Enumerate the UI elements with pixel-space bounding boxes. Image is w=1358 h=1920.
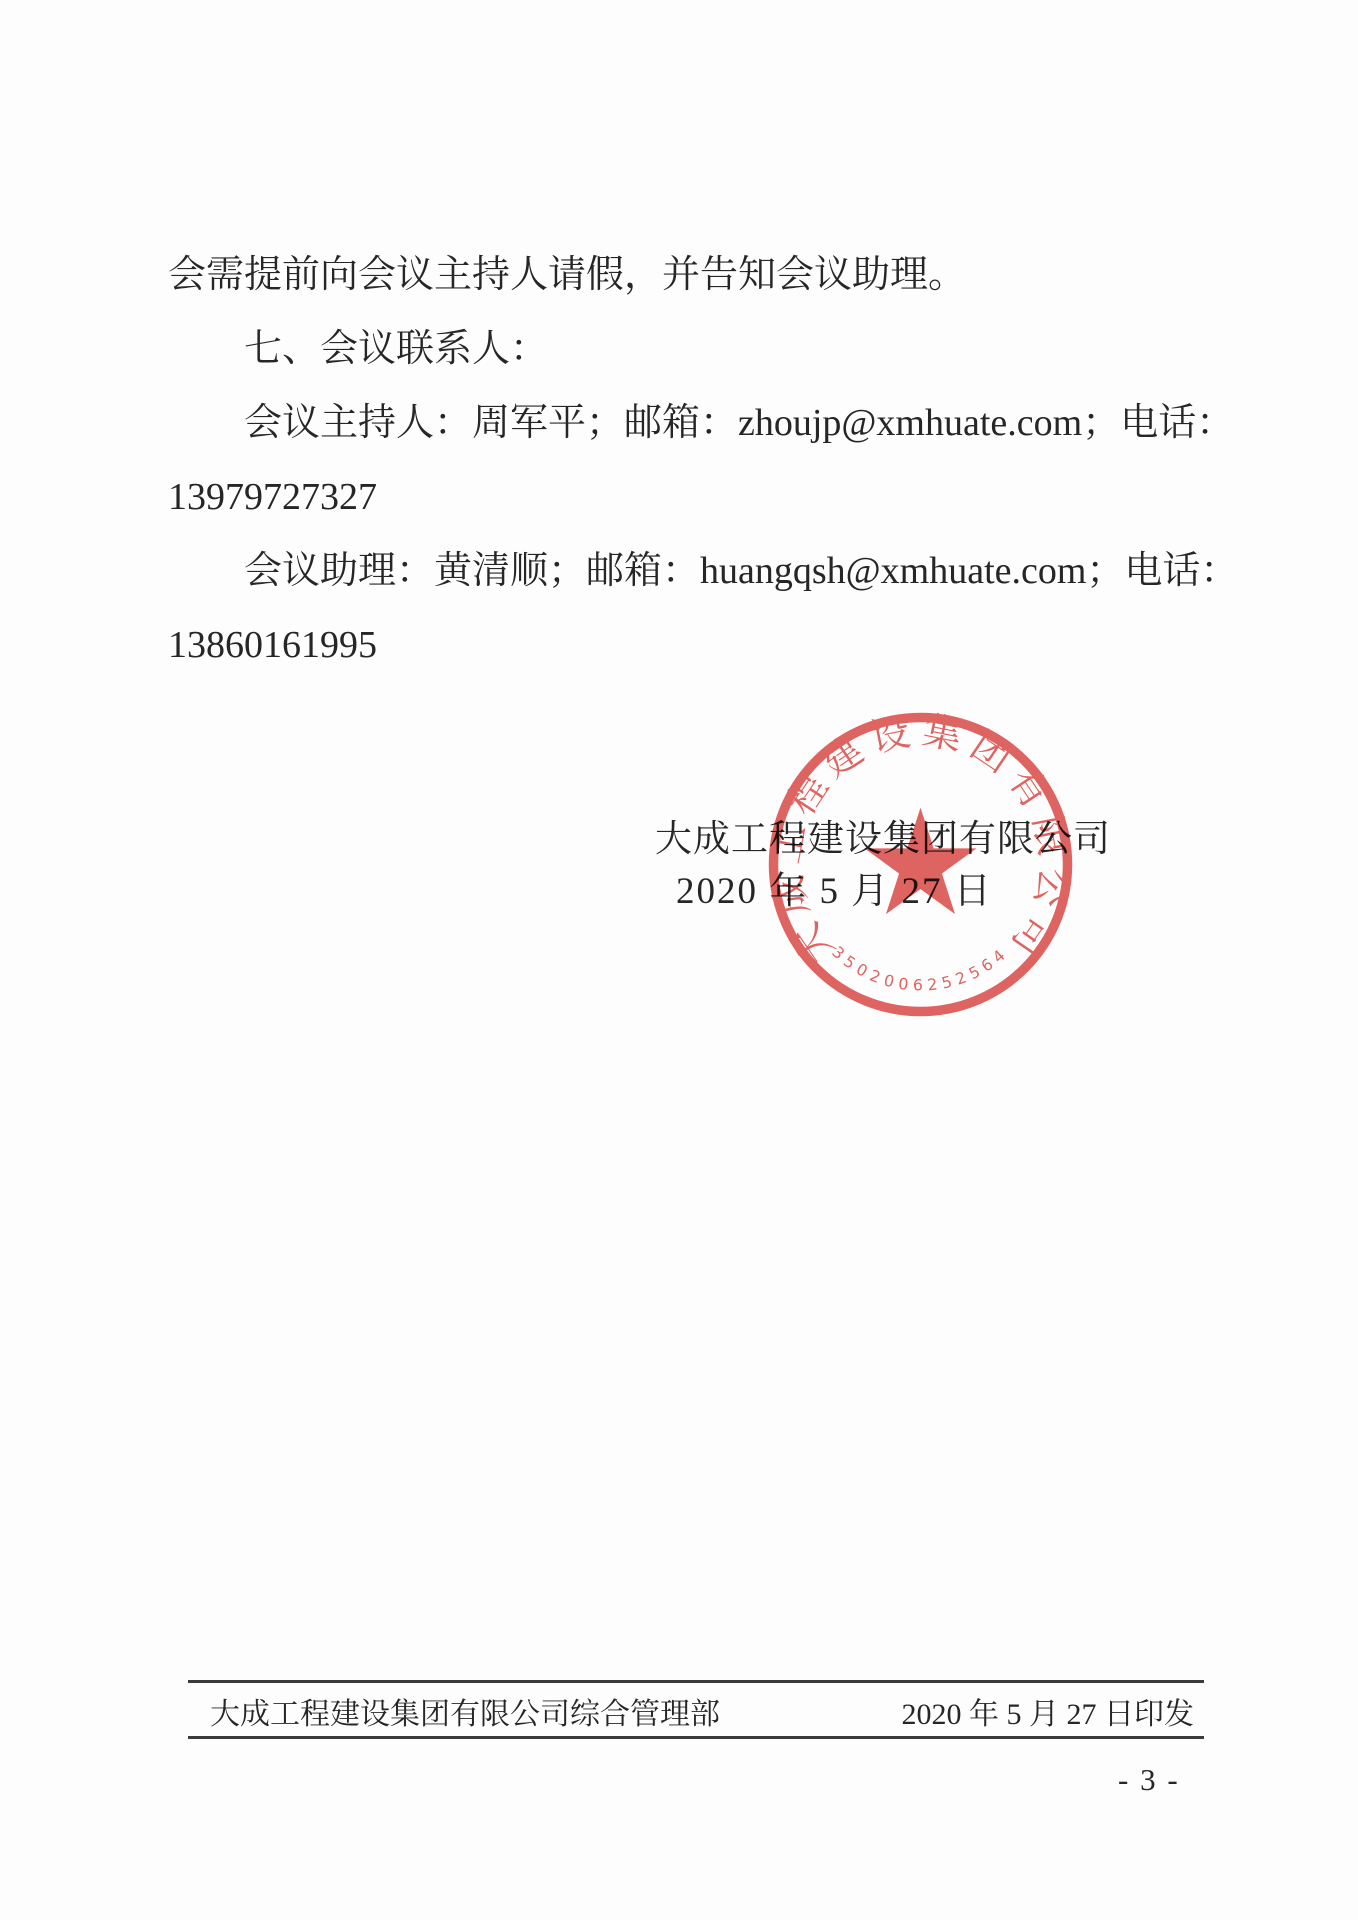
signature-company-name: 大成工程建设集团有限公司: [655, 808, 1111, 862]
body-line-assistant-phone: 13860161995: [168, 608, 1208, 682]
signature-date: 2020 年 5 月 27 日: [676, 860, 993, 914]
body-line: 会需提前向会议主持人请假，并告知会议助理。: [168, 238, 1208, 312]
footer-rule-top: [188, 1680, 1204, 1683]
document-body: 会需提前向会议主持人请假，并告知会议助理。 七、会议联系人： 会议主持人：周军平…: [168, 238, 1208, 682]
footer-rule-bottom: [188, 1736, 1204, 1739]
body-line-section-heading: 七、会议联系人：: [168, 312, 1208, 386]
body-line-assistant-contact: 会议助理：黄清顺；邮箱：huangqsh@xmhuate.com；电话：: [168, 534, 1208, 608]
footer-colophon: 大成工程建设集团有限公司综合管理部 2020 年 5 月 27 日印发: [188, 1688, 1204, 1734]
footer-print-date: 2020 年 5 月 27 日印发: [902, 1689, 1205, 1733]
body-line-host-phone: 13979727327: [168, 460, 1208, 534]
seal-serial-number: 3502006252564: [828, 942, 1012, 994]
page-number: - 3 -: [1118, 1762, 1180, 1798]
body-line-host-contact: 会议主持人：周军平；邮箱：zhoujp@xmhuate.com；电话：: [168, 386, 1208, 460]
footer-issuing-department: 大成工程建设集团有限公司综合管理部: [188, 1689, 720, 1733]
document-page: 会需提前向会议主持人请假，并告知会议助理。 七、会议联系人： 会议主持人：周军平…: [0, 0, 1358, 1920]
